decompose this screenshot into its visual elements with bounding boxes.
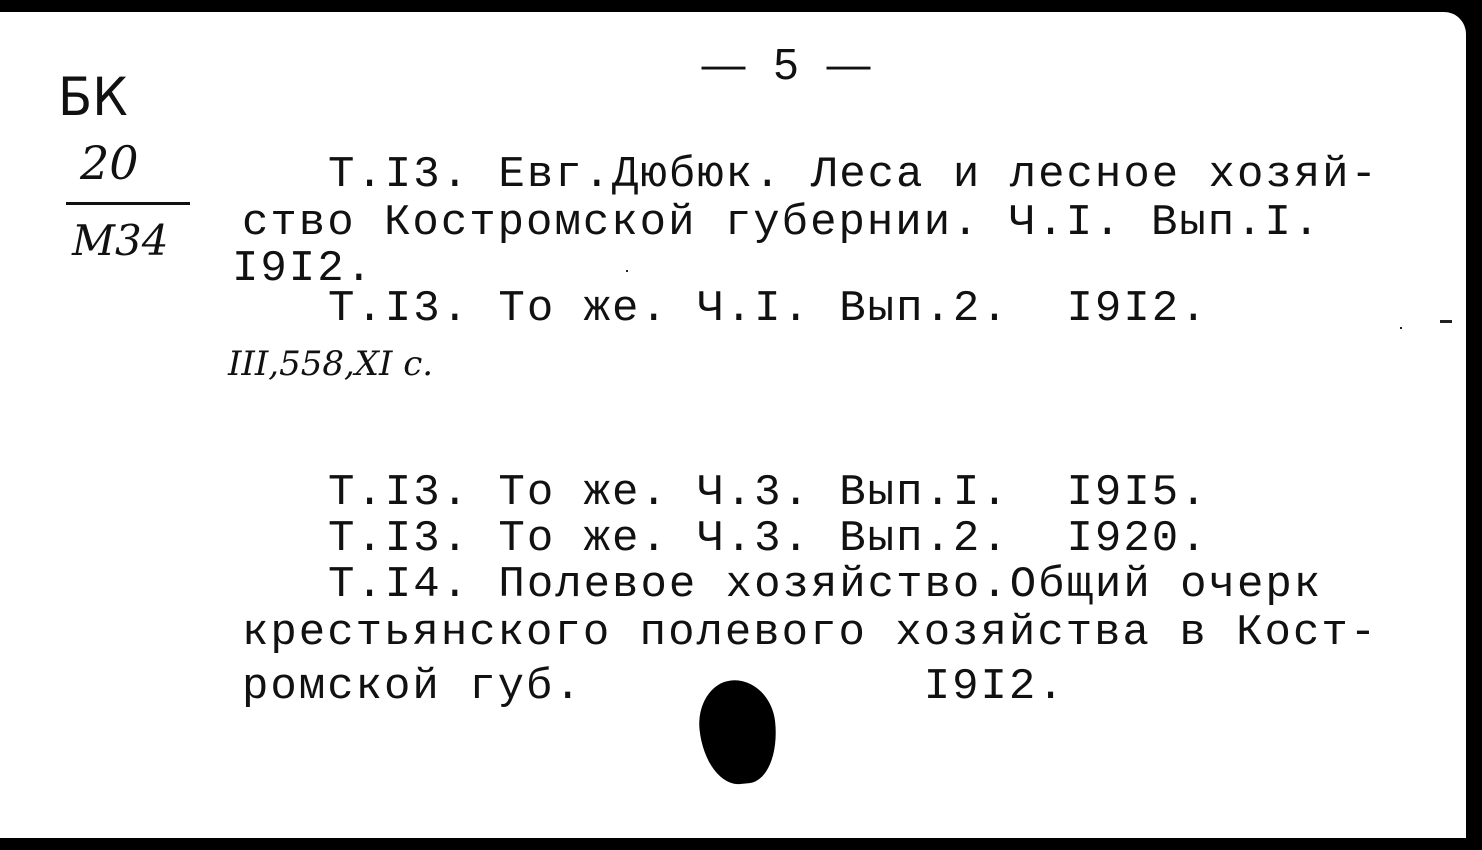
entry-2-line-1: Т.I3. То же. Ч.I. Вып.2. I9I2.: [328, 286, 1209, 332]
shelfmark-divider: [66, 202, 190, 205]
handwritten-pages-note: III,558,XI с.: [228, 344, 433, 384]
shelfmark-line-1: БК: [58, 67, 128, 128]
ink-speck: [626, 270, 628, 272]
shelfmark-line-3: М34: [72, 216, 168, 265]
entry-1-line-2: ство Костромской губернии. Ч.I. Вып.I.: [242, 200, 1321, 246]
catalog-card: — 5 — БК 20 М34 Т.I3. Евг.Дюбюк. Леса и …: [0, 12, 1466, 838]
entry-3-line-1: Т.I3. То же. Ч.3. Вып.I. I9I5.: [328, 470, 1209, 516]
ink-speck: [1440, 320, 1452, 323]
entry-5-line-1: Т.I4. Полевое хозяйство.Общий очерк: [328, 562, 1322, 608]
ink-speck: [1400, 327, 1402, 329]
entry-5-line-3: ромской губ. I9I2.: [242, 664, 1066, 710]
entry-1-line-1: Т.I3. Евг.Дюбюк. Леса и лесное хозяй-: [328, 152, 1379, 198]
card-bottom-edge: [0, 838, 1482, 850]
entry-5-line-2: крестьянского полевого хозяйства в Кост-: [242, 610, 1378, 656]
page-number: — 5 —: [700, 40, 880, 90]
entry-4-line-1: Т.I3. То же. Ч.3. Вып.2. I920.: [328, 516, 1209, 562]
card-right-edge: [1468, 0, 1482, 850]
shelfmark-line-2: 20: [80, 136, 139, 190]
